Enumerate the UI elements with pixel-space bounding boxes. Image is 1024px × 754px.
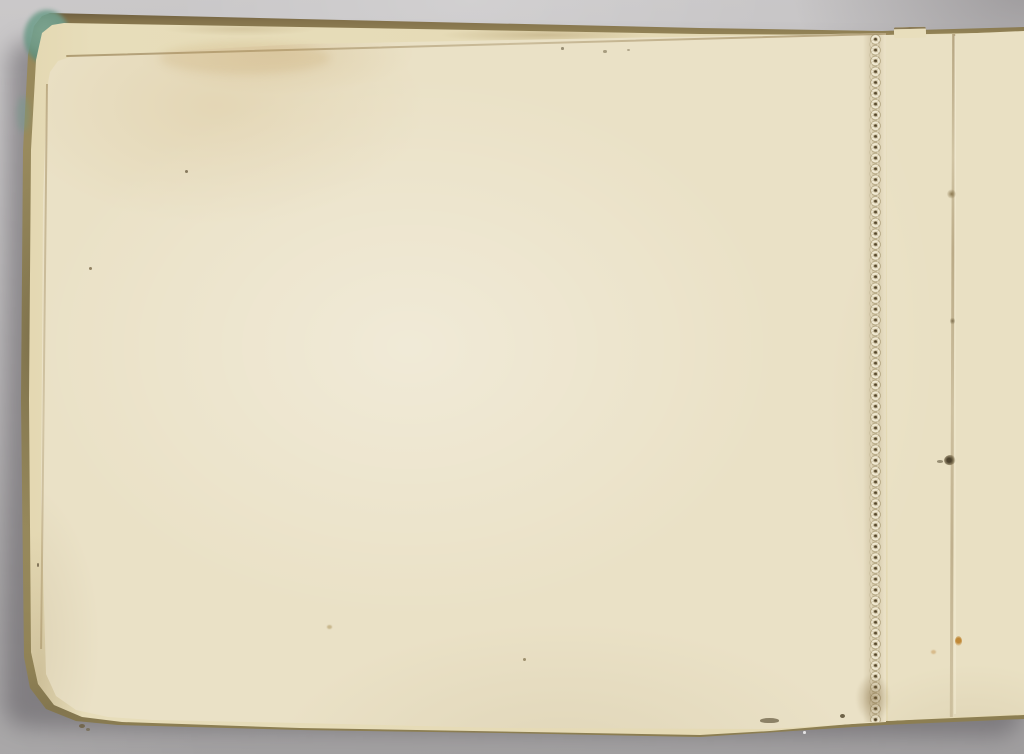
perforation-texture <box>863 39 888 719</box>
page-edge-tab <box>894 27 926 39</box>
edge-fleck <box>840 714 845 718</box>
rust-spot-faint <box>931 650 936 654</box>
corner-fleck <box>79 724 85 728</box>
paper-speck <box>185 170 188 173</box>
paper-speck <box>523 658 526 661</box>
paper-speck <box>327 625 332 629</box>
corner-fleck <box>86 728 90 731</box>
crease-blotch-tail <box>937 460 943 463</box>
sketchbook-photo <box>0 0 1024 754</box>
paper-speck <box>603 50 607 53</box>
crease-knot <box>947 189 956 199</box>
dust-speck <box>803 731 806 734</box>
paper-speck <box>561 47 564 50</box>
paper-stain <box>160 42 330 74</box>
perforation-smudge <box>856 674 890 722</box>
paper-speck <box>89 267 92 270</box>
teal-cover-glimpse <box>17 96 29 132</box>
edge-chip <box>760 718 779 723</box>
paper-speck <box>627 49 630 51</box>
gutter-crease-highlight <box>954 36 956 714</box>
rust-spot <box>955 636 962 646</box>
crease-knot <box>950 317 955 325</box>
paper-speck <box>37 563 39 567</box>
